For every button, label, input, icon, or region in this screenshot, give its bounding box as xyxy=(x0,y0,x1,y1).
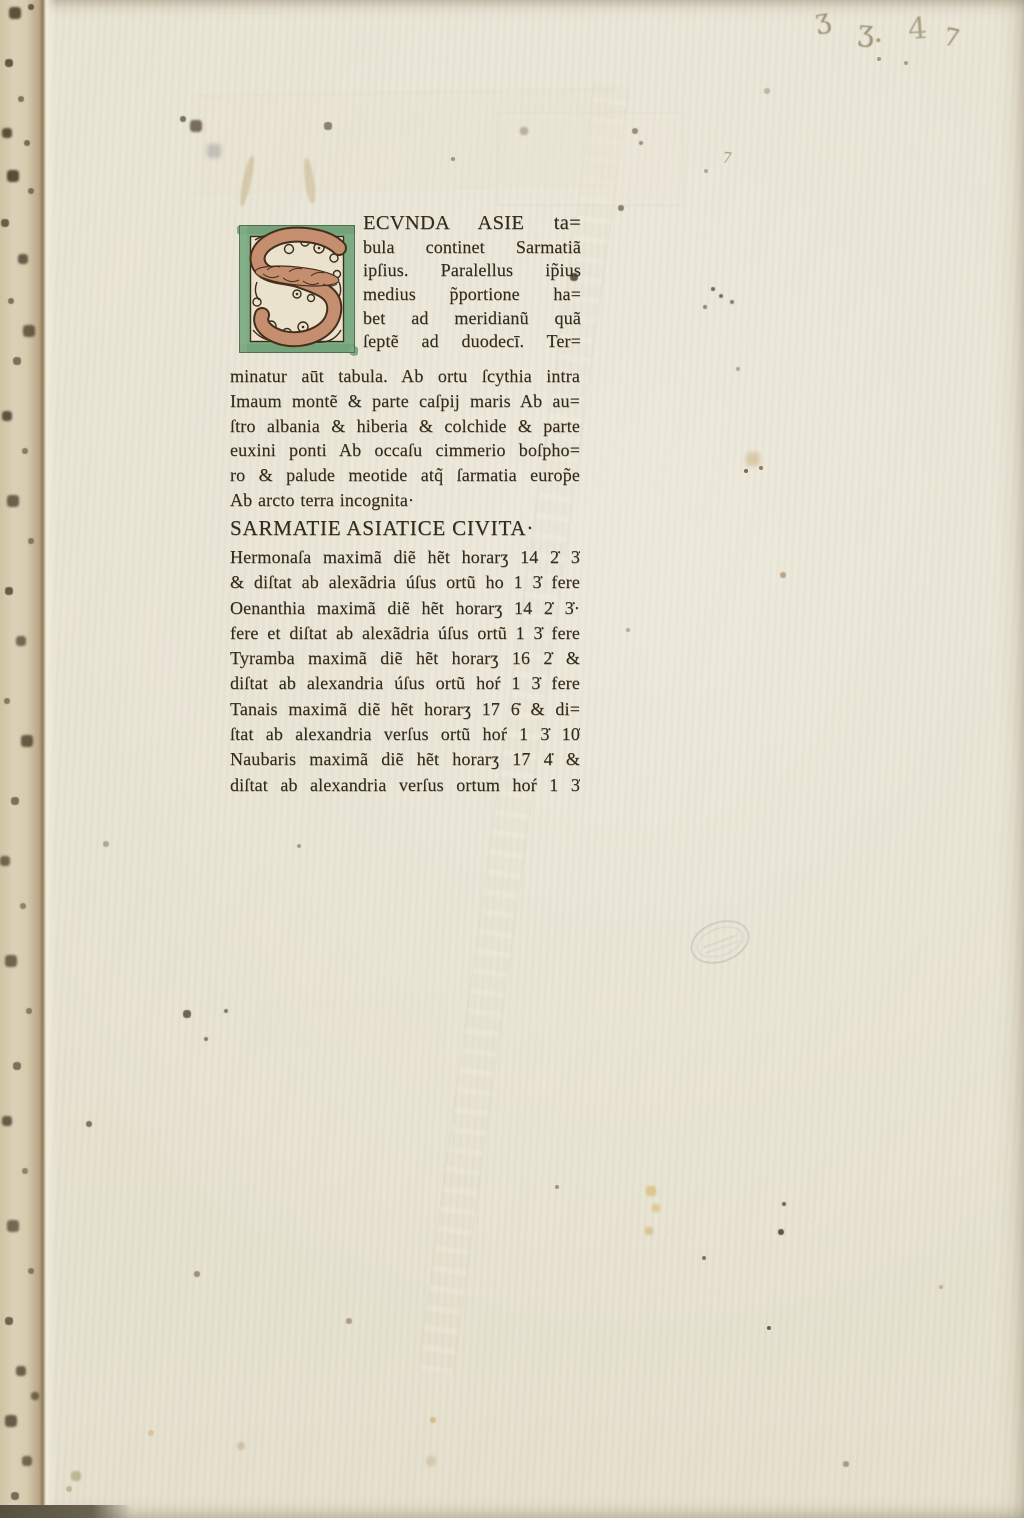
ghost-text-band xyxy=(252,1000,443,1048)
book-gutter-edge xyxy=(0,0,46,1518)
foxing-stains xyxy=(0,0,2,2)
text-line: fere et diſtat ab alexãdria úſus ortũ 1 … xyxy=(230,621,580,646)
marginalia-glyph: 4 xyxy=(907,11,928,47)
text-line: Tyramba maximã diẽ hẽt horarʒ 16 2̇ & xyxy=(230,646,580,671)
text-line: ſeptẽ ad duodecī. Ter= xyxy=(363,330,581,354)
text-line: & diſtat ab alexãdria úſus ortũ ho 1 3̇ … xyxy=(230,570,580,595)
opening-paragraph: ECVNDA ASIE ta=bula continet Sarmatiãipſ… xyxy=(363,212,581,356)
body-paragraph: minatur aūt tabula. Ab ortu ſcythia intr… xyxy=(230,364,580,513)
text-line: diſtat ab alexandria verſus ortum hoŕ 1 … xyxy=(230,773,580,798)
city-list: Hermonaſa maximã diẽ hẽt horarʒ 14 2̇ 3̇… xyxy=(230,545,580,798)
marginalia-glyph: 7 xyxy=(941,23,962,54)
blind-impression-box xyxy=(497,112,684,206)
text-line: Hermonaſa maximã diẽ hẽt horarʒ 14 2̇ 3̇ xyxy=(230,545,580,570)
text-line: ro & palude meotide atq̃ ſarmatia europ̃… xyxy=(230,463,580,488)
text-line: medius p̃portione ha= xyxy=(363,283,581,307)
text-line: ſtat ab alexandria verſus ortũ hoŕ 1 3̇ … xyxy=(230,722,580,747)
text-line: Naubaris maximã diẽ hẽt horarʒ 17 4̇ & xyxy=(230,747,580,772)
text-line: bula continet Sarmatiã xyxy=(363,236,581,260)
initial-woodcut-art xyxy=(237,222,358,356)
text-line: Oenanthia maximã diẽ hẽt horarʒ 14 2̇ 3̇… xyxy=(230,596,580,621)
opening-paragraph-row: S xyxy=(237,212,581,356)
text-line: minatur aūt tabula. Ab ortu ſcythia intr… xyxy=(230,364,580,389)
decorated-initial-S-woodcut: S xyxy=(237,222,358,356)
marginalia-glyph: ʒ. xyxy=(857,13,885,49)
text-line: Tanais maximã diẽ hẽt horarʒ 17 6̇ & di= xyxy=(230,697,580,722)
gutter-crease xyxy=(46,0,56,1518)
text-line: Imaum montẽ & parte caſpij maris Ab au= xyxy=(230,389,580,414)
section-heading: SARMATIE ASIATICE CIVITA· xyxy=(230,514,580,542)
text-line: ſtro albania & hiberia & colchide & part… xyxy=(230,414,580,439)
pen-mark: 7 xyxy=(722,148,733,169)
oval-library-stamp xyxy=(685,913,755,971)
book-page-scan: ʒ ʒ. 4 7 7 S xyxy=(0,0,1024,1518)
text-line: diſtat ab alexandria úſus ortũ hoŕ 1 3̇ … xyxy=(230,671,580,696)
text-line: bet ad meridianũ quã xyxy=(363,307,581,331)
text-line: euxini ponti Ab occaſu cimmerio boſpho= xyxy=(230,438,580,463)
text-line: ECVNDA ASIE ta= xyxy=(363,212,581,236)
marginalia-glyph: ʒ xyxy=(812,3,832,36)
text-line: ipſius. Paralellus ip̃ius xyxy=(363,259,581,283)
text-line: Ab arcto terra incognita· xyxy=(230,488,580,513)
bottom-edge-shadow xyxy=(0,1505,132,1518)
